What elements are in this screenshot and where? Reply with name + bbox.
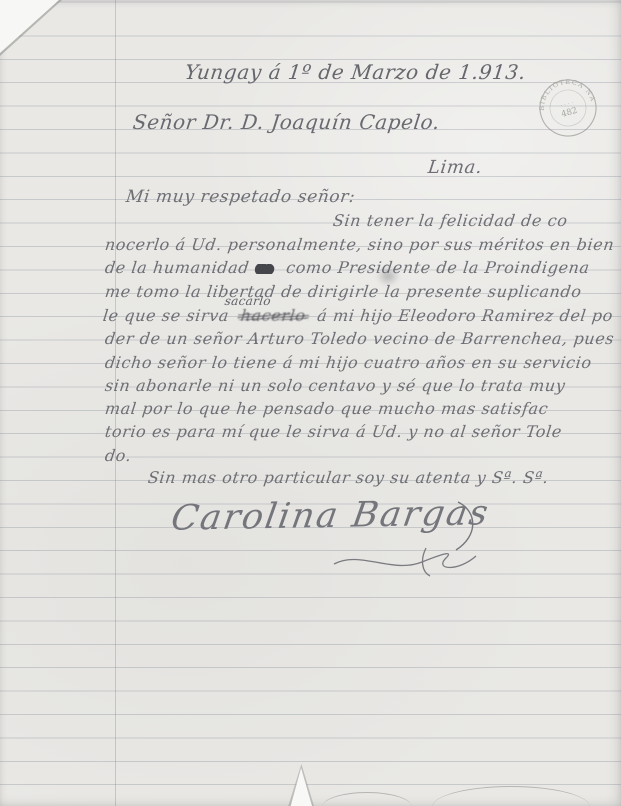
body-line-2: nocerlo á Ud. personalmente, sino por su… <box>104 235 616 254</box>
letter-page: BIBLIOTECA NACIONAL · · · · 482 Yungay á… <box>0 0 621 806</box>
signature-flourish <box>330 546 480 578</box>
signature: Carolina Bargas <box>168 493 492 539</box>
dateline: Yungay á 1º de Marzo de 1.913. <box>184 60 528 84</box>
struck-word: hacerlo <box>240 306 307 325</box>
body-line-9: mal por lo que he pensado que mucho mas … <box>104 399 550 418</box>
recipient-line: Señor Dr. D. Joaquín Capelo. <box>132 110 442 134</box>
signature-end-stroke <box>452 500 486 552</box>
inserted-correction-word: sacarlo <box>224 294 272 308</box>
closing-line: Sin mas otro particular soy su atenta y … <box>147 468 550 487</box>
body-line-5-prefix: le que se sirva <box>102 306 230 325</box>
body-line-5-suffix: á mi hijo Eleodoro Ramirez del po <box>316 306 614 325</box>
ink-smudge <box>372 262 404 290</box>
body-line-3-prefix: de la humanidad <box>104 258 251 277</box>
body-line-5: le que se sirva hacerlo sacarlo á mi hij… <box>102 306 614 325</box>
body-line-6: der de un señor Arturo Toledo vecino de … <box>104 329 616 348</box>
body-line-11: do. <box>104 446 133 465</box>
body-line-1: Sin tener la felicidad de co <box>332 211 569 230</box>
body-line-10: torio es para mí que le sirva á Ud. y no… <box>104 422 563 441</box>
place-line: Lima. <box>427 157 484 178</box>
ink-blot <box>255 264 276 274</box>
body-line-4: me tomo la libertad de dirigirle la pres… <box>104 282 583 301</box>
body-line-3-suffix: como Presidente de la Proindigena <box>285 258 591 277</box>
salutation: Mi muy respetado señor: <box>125 187 357 207</box>
body-line-3: de la humanidadcomo Presidente de la Pro… <box>104 258 591 277</box>
body-line-8: sin abonarle ni un solo centavo y sé que… <box>104 376 567 395</box>
body-line-7: dicho señor lo tiene á mi hijo cuatro añ… <box>104 353 593 372</box>
